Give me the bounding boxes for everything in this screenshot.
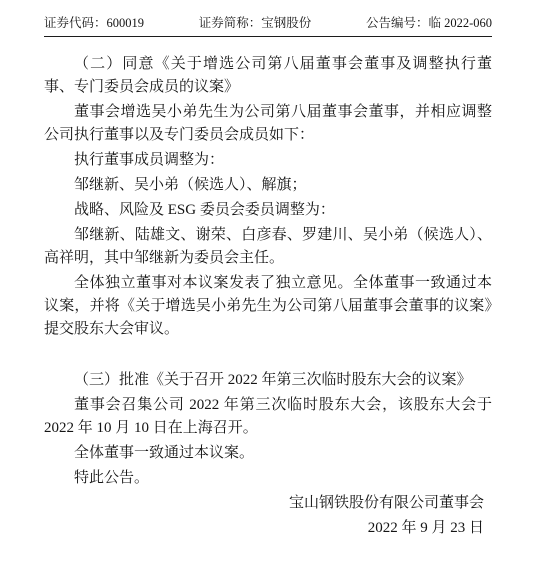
section-2-paragraph: 战略、风险及 ESG 委员会委员调整为：: [44, 199, 492, 222]
section-3-paragraph: 董事会召集公司 2022 年第三次临时股东大会，该股东大会于 2022 年 10…: [44, 394, 492, 440]
securities-code: 证券代码：600019: [44, 15, 144, 32]
section-3-paragraph: 全体董事一致通过本议案。: [44, 442, 492, 465]
section-2-paragraph: 邹继新、陆雄文、谢荣、白彦春、罗建川、吴小弟（候选人）、高祥明，其中邹继新为委员…: [44, 224, 492, 270]
section-2-paragraph: 董事会增选吴小弟先生为公司第八届董事会董事，并相应调整公司执行董事以及专门委员会…: [44, 101, 492, 147]
announcement-page: 证券代码：600019 证券简称：宝钢股份 公告编号：临 2022-060 （二…: [0, 0, 536, 583]
page-content: 证券代码：600019 证券简称：宝钢股份 公告编号：临 2022-060 （二…: [0, 0, 536, 540]
closing-note: 特此公告。: [44, 467, 492, 490]
signature-date: 2022 年 9 月 23 日: [44, 517, 492, 540]
section-2-paragraph: 邹继新、吴小弟（候选人）、解旗；: [44, 174, 492, 197]
signature-company: 宝山钢铁股份有限公司董事会: [44, 492, 492, 515]
announcement-number: 公告编号：临 2022-060: [366, 15, 492, 32]
doc-header: 证券代码：600019 证券简称：宝钢股份 公告编号：临 2022-060: [44, 0, 492, 37]
section-2-heading: （二）同意《关于增选公司第八届董事会董事及调整执行董事、专门委员会成员的议案》: [44, 53, 492, 99]
section-2-paragraph: 全体独立董事对本议案发表了独立意见。全体董事一致通过本议案，并将《关于增选吴小弟…: [44, 272, 492, 341]
announcement-body: （二）同意《关于增选公司第八届董事会董事及调整执行董事、专门委员会成员的议案》 …: [44, 53, 492, 540]
securities-short-name: 证券简称：宝钢股份: [199, 15, 312, 32]
section-3-heading: （三）批准《关于召开 2022 年第三次临时股东大会的议案》: [44, 369, 492, 392]
section-2-paragraph: 执行董事成员调整为：: [44, 149, 492, 172]
